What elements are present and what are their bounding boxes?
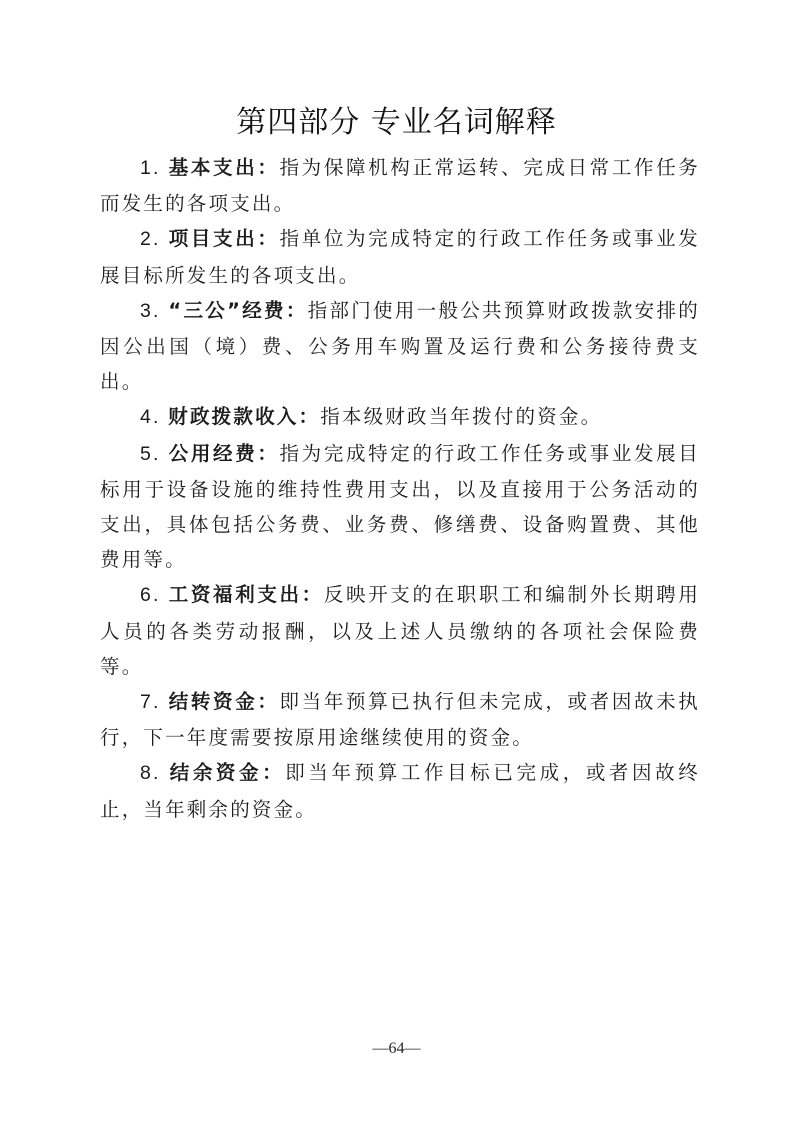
item-term: 基本支出： xyxy=(169,156,280,179)
glossary-item: 4. 财政拨款收入：指本级财政当年拨付的资金。 xyxy=(100,399,700,435)
item-number: 6. xyxy=(140,584,169,606)
glossary-item: 7. 结转资金：即当年预算已执行但未完成，或者因故未执行，下一年度需要按原用途继… xyxy=(100,684,700,755)
glossary-list: 1. 基本支出：指为保障机构正常运转、完成日常工作任务而发生的各项支出。 2. … xyxy=(100,150,700,827)
item-number: 8. xyxy=(140,762,170,784)
glossary-item: 3. “三公”经费：指部门使用一般公共预算财政拨款安排的因公出国（境）费、公务用… xyxy=(100,293,700,400)
item-term: 公用经费： xyxy=(169,442,280,465)
item-number: 4. xyxy=(140,406,168,428)
item-term: 财政拨款收入： xyxy=(168,405,320,428)
item-number: 5. xyxy=(140,443,169,465)
glossary-item: 2. 项目支出：指单位为完成特定的行政工作任务或事业发展目标所发生的各项支出。 xyxy=(100,221,700,292)
item-term: 结转资金： xyxy=(169,690,280,713)
glossary-item: 6. 工资福利支出：反映开支的在职职工和编制外长期聘用人员的各类劳动报酬，以及上… xyxy=(100,577,700,684)
item-definition: 指本级财政当年拨付的资金。 xyxy=(320,405,602,428)
glossary-item: 5. 公用经费：指为完成特定的行政工作任务或事业发展目标用于设备设施的维持性费用… xyxy=(100,436,700,578)
page-title: 第四部分 专业名词解释 xyxy=(0,97,793,141)
item-term: “三公”经费： xyxy=(168,299,307,322)
item-term: 工资福利支出： xyxy=(169,583,324,606)
page-number: —64— xyxy=(0,1040,793,1058)
document-page: 第四部分 专业名词解释 1. 基本支出：指为保障机构正常运转、完成日常工作任务而… xyxy=(0,0,793,1122)
item-term: 结余资金： xyxy=(170,761,286,784)
item-number: 2. xyxy=(140,228,169,250)
item-term: 项目支出： xyxy=(169,227,280,250)
item-number: 1. xyxy=(140,157,169,179)
item-number: 3. xyxy=(140,300,168,322)
glossary-item: 8. 结余资金：即当年预算工作目标已完成，或者因故终止，当年剩余的资金。 xyxy=(100,755,700,826)
glossary-item: 1. 基本支出：指为保障机构正常运转、完成日常工作任务而发生的各项支出。 xyxy=(100,150,700,221)
item-number: 7. xyxy=(140,691,169,713)
